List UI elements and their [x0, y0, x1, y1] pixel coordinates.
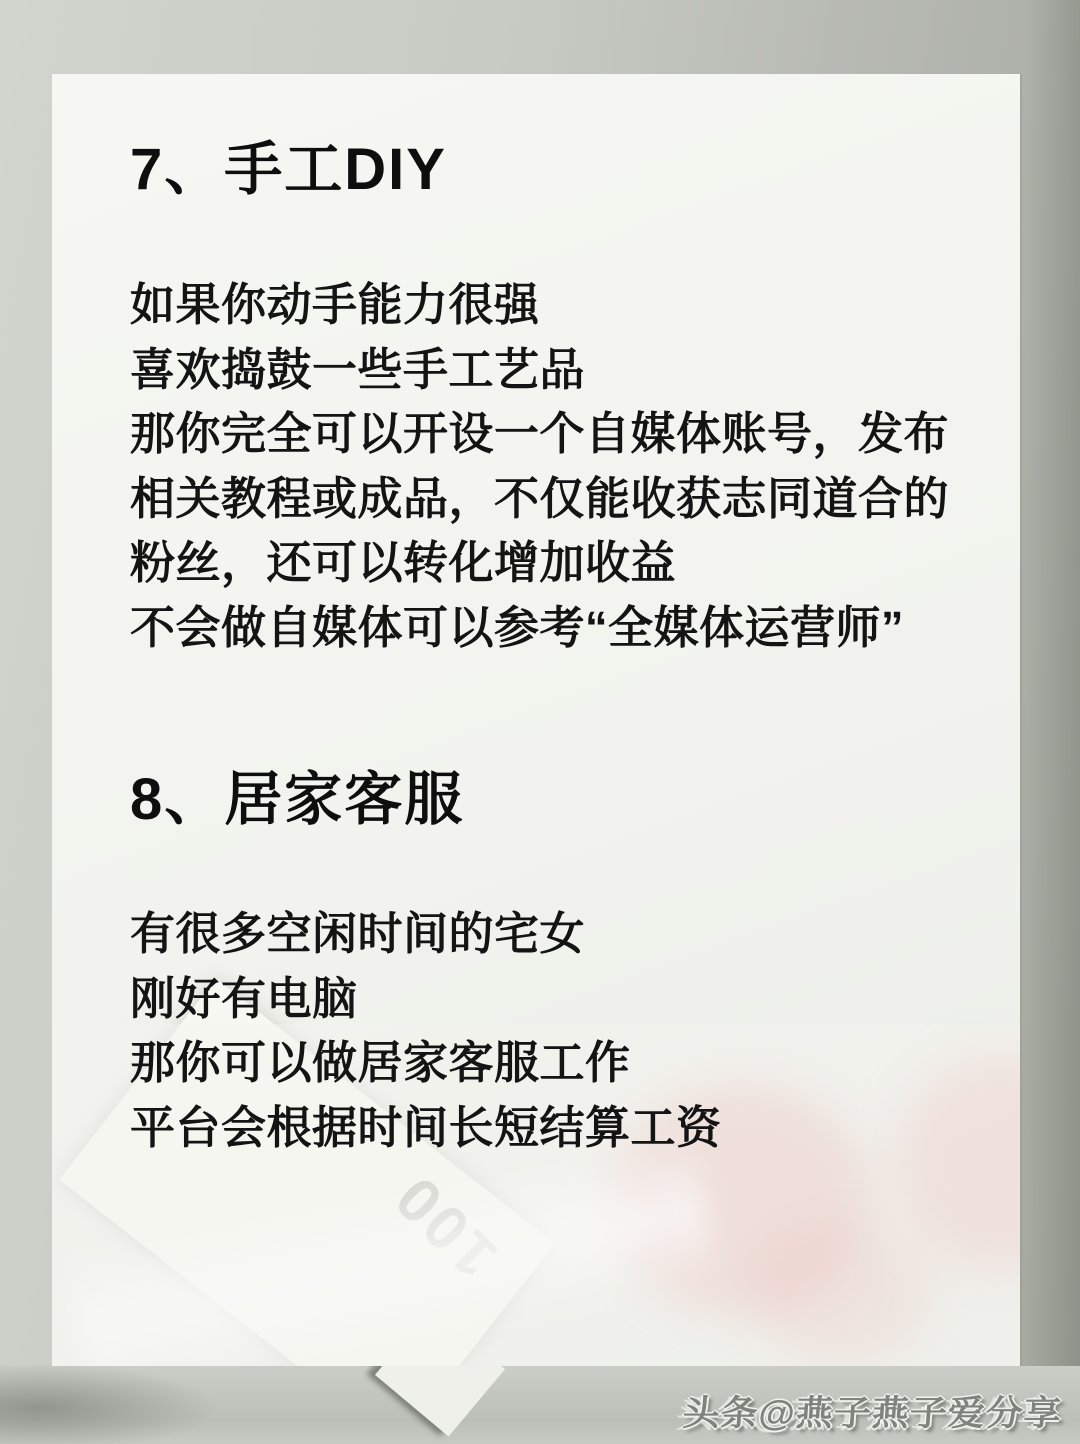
body-line: 喜欢捣鼓一些手工艺品 — [130, 338, 990, 403]
body-line: 相关教程或成品，不仅能收获志同道合的 — [130, 467, 990, 532]
body-line: 有很多空闲时间的宅女 — [130, 902, 990, 967]
section-7-body: 如果你动手能力很强 喜欢捣鼓一些手工艺品 那你完全可以开设一个自媒体账号，发布 … — [130, 273, 990, 660]
section-7-heading: 7、手工DIY — [130, 135, 990, 205]
body-line: 粉丝，还可以转化增加收益 — [130, 531, 990, 596]
body-line: 平台会根据时间长短结算工资 — [130, 1096, 990, 1161]
body-line: 如果你动手能力很强 — [130, 273, 990, 338]
watermark-text: 头条@燕子燕子爱分享 — [681, 1384, 1064, 1435]
content-card: 100 7、手工DIY 如果你动手能力很强 喜欢捣鼓一些手工艺品 那你完全可以开… — [52, 74, 1020, 1366]
body-line: 那你完全可以开设一个自媒体账号，发布 — [130, 402, 990, 467]
body-line: 刚好有电脑 — [130, 967, 990, 1032]
section-8-heading: 8、居家客服 — [130, 765, 990, 835]
card-drop-shadow — [0, 1362, 220, 1444]
body-line: 那你可以做居家客服工作 — [130, 1031, 990, 1096]
body-line: 不会做自媒体可以参考“全媒体运营师” — [130, 596, 990, 661]
section-8-body: 有很多空闲时间的宅女 刚好有电脑 那你可以做居家客服工作 平台会根据时间长短结算… — [130, 902, 990, 1160]
